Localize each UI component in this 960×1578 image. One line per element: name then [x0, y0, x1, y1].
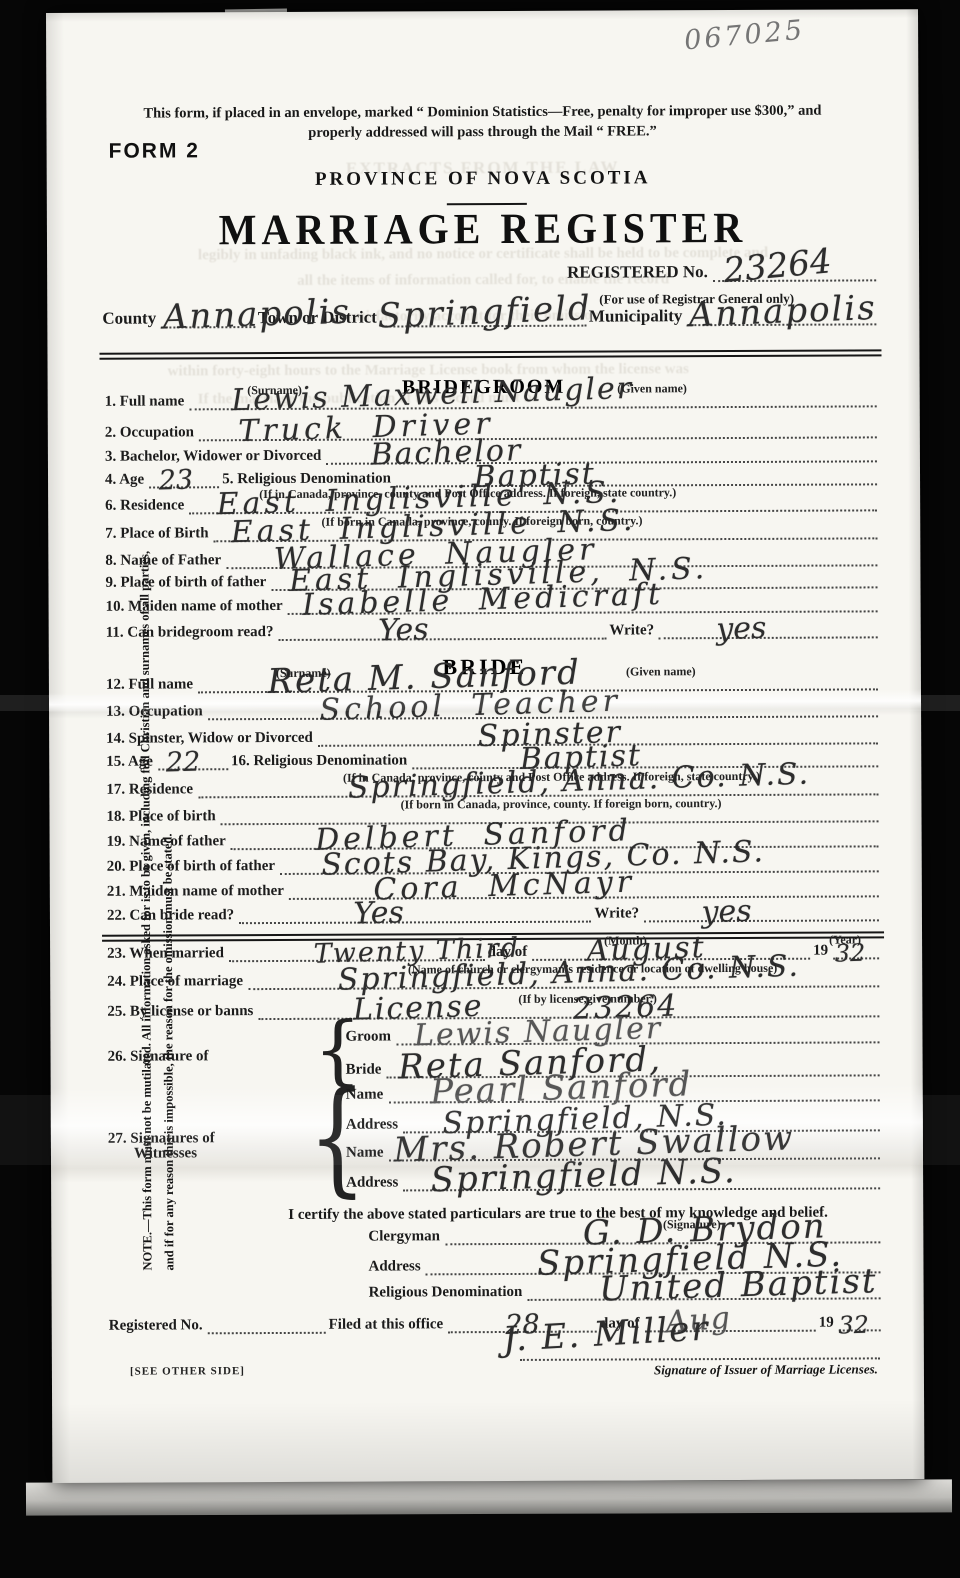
label: 11. Can bridegroom read? — [106, 624, 274, 644]
row-bride-literacy: 22. Can bride read? Yes Write? yes — [107, 895, 882, 926]
year-sublabel: (Year) — [829, 933, 861, 945]
surname-sublabel: (Surname) — [276, 667, 331, 679]
label: 23. When married — [107, 945, 224, 965]
filed-label: Filed at this office — [329, 1316, 444, 1336]
groom-write-value: yes — [716, 614, 767, 646]
dotted-line: Springfield, Anna. Co. N.S. (Name of chu… — [248, 957, 879, 990]
under-page-edge — [26, 1479, 952, 1515]
label: 12. Full name — [106, 676, 193, 696]
issuer-signature-value: J. E. Miller — [502, 1311, 710, 1357]
municipality-label: Municipality — [589, 307, 683, 329]
label: 1. Full name — [105, 393, 185, 413]
dotted-line: 22 — [158, 740, 228, 770]
see-other-side-note: [SEE OTHER SIDE] — [130, 1366, 245, 1378]
label: 17. Residence — [106, 781, 193, 801]
residence-sublabel: (If in Canada, province, county and Post… — [343, 770, 760, 784]
dotted-line: Yes — [239, 893, 591, 925]
registered-no-row: REGISTERED No. 23264 — [567, 255, 879, 284]
county-row: County Annapolis Town or District Spring… — [102, 299, 879, 330]
double-rule-top-b — [100, 354, 882, 359]
issuer-signature-label: Signature of Issuer of Marriage Licenses… — [654, 1361, 878, 1378]
place-sublabel: (Name of church or clergyman’s residence… — [408, 962, 777, 976]
denomination-label: Religious Denomination — [369, 1284, 523, 1304]
registered-no-footer-label: Registered No. — [109, 1317, 203, 1337]
signature-of-label: 26. Signature of — [108, 1048, 209, 1068]
surname-sublabel: (Surname) — [247, 384, 302, 396]
given-name-sublabel: (Given name) — [617, 382, 687, 394]
write-label: Write? — [594, 905, 639, 924]
dotted-line: 32 — [839, 1301, 881, 1331]
county-line: Annapolis — [161, 298, 255, 328]
birthplace-sublabel: (If born in Canada, province, county. If… — [401, 797, 722, 810]
issuer-signature-line — [520, 1355, 880, 1361]
registered-no-line: 23264 — [713, 251, 876, 282]
dotted-line: Twenty Third — [229, 931, 485, 962]
dotted-line: Lewis Maxwell Naugler (Surname) (Given n… — [189, 377, 877, 410]
town-line: Springfield — [382, 297, 586, 328]
bride-write-value: yes — [701, 897, 752, 929]
address-label: Address — [346, 1174, 398, 1193]
county-label: County — [102, 309, 156, 331]
municipality-line: Annapolis — [687, 295, 876, 326]
dotted-line: Yes — [278, 610, 606, 641]
dotted-line: yes — [644, 891, 879, 922]
row-groom-literacy: 11. Can bridegroom read? Yes Write? yes — [106, 612, 881, 643]
province-heading: PROVINCE OF NOVA SCOTIA — [47, 167, 919, 190]
scan-light-band — [0, 695, 960, 711]
registered-no-label: REGISTERED No. — [567, 263, 708, 285]
month-sublabel: (Month) — [604, 934, 647, 946]
filed-year-value: 32 — [838, 1313, 869, 1338]
form-number-label: FORM 2 — [109, 140, 200, 161]
residence-sublabel: (If in Canada, province, county and Post… — [259, 486, 676, 500]
license-sublabel: (If by license,give number.) — [518, 992, 657, 1005]
county-value: Annapolis — [162, 295, 351, 335]
signature-sublabel: (Signature) — [663, 1218, 721, 1230]
dotted-line: yes — [659, 608, 878, 639]
year-prefix: 19 — [819, 1314, 834, 1333]
label: 15. Age — [106, 753, 153, 772]
municipality-value: Annapolis — [688, 291, 877, 332]
form-paper: EXTRACTS FROM THE LAW legibly in unfadin… — [46, 9, 924, 1483]
given-name-sublabel: (Given name) — [626, 665, 696, 677]
dotted-line: 32 (Year) — [833, 929, 879, 959]
pencil-archive-number: 067025 — [683, 14, 806, 56]
groom-label: Groom — [345, 1028, 391, 1047]
label: 22. Can bride read? — [107, 907, 234, 927]
write-label: Write? — [609, 622, 654, 641]
scan-light-band-2 — [0, 1095, 960, 1165]
row-witness2-address: Address Springfield N.S. — [346, 1163, 883, 1193]
dotted-line — [208, 1304, 326, 1335]
label: 24. Place of marriage — [107, 973, 243, 993]
row-clergyman-denomination: Religious Denomination United Baptist — [369, 1273, 884, 1303]
bride-read-value: Yes — [353, 898, 404, 930]
denomination-value: United Baptist — [598, 1264, 877, 1306]
mail-notice-line1: This form, if placed in an envelope, mar… — [46, 103, 918, 121]
birthplace-sublabel: (If born in Canada, province, county. If… — [322, 514, 643, 527]
town-value: Springfield — [377, 291, 592, 333]
label: 7. Place of Birth — [105, 525, 208, 545]
label: 6. Residence — [105, 497, 184, 517]
scanned-marriage-register-page: { "scan": { "pencil_number": "067025" },… — [0, 0, 960, 1578]
dotted-line: United Baptist — [527, 1269, 880, 1301]
row-filed: Registered No. Filed at this office 28 d… — [109, 1305, 884, 1336]
groom-read-value: Yes — [378, 615, 429, 647]
registered-no-value: 23264 — [722, 244, 833, 288]
